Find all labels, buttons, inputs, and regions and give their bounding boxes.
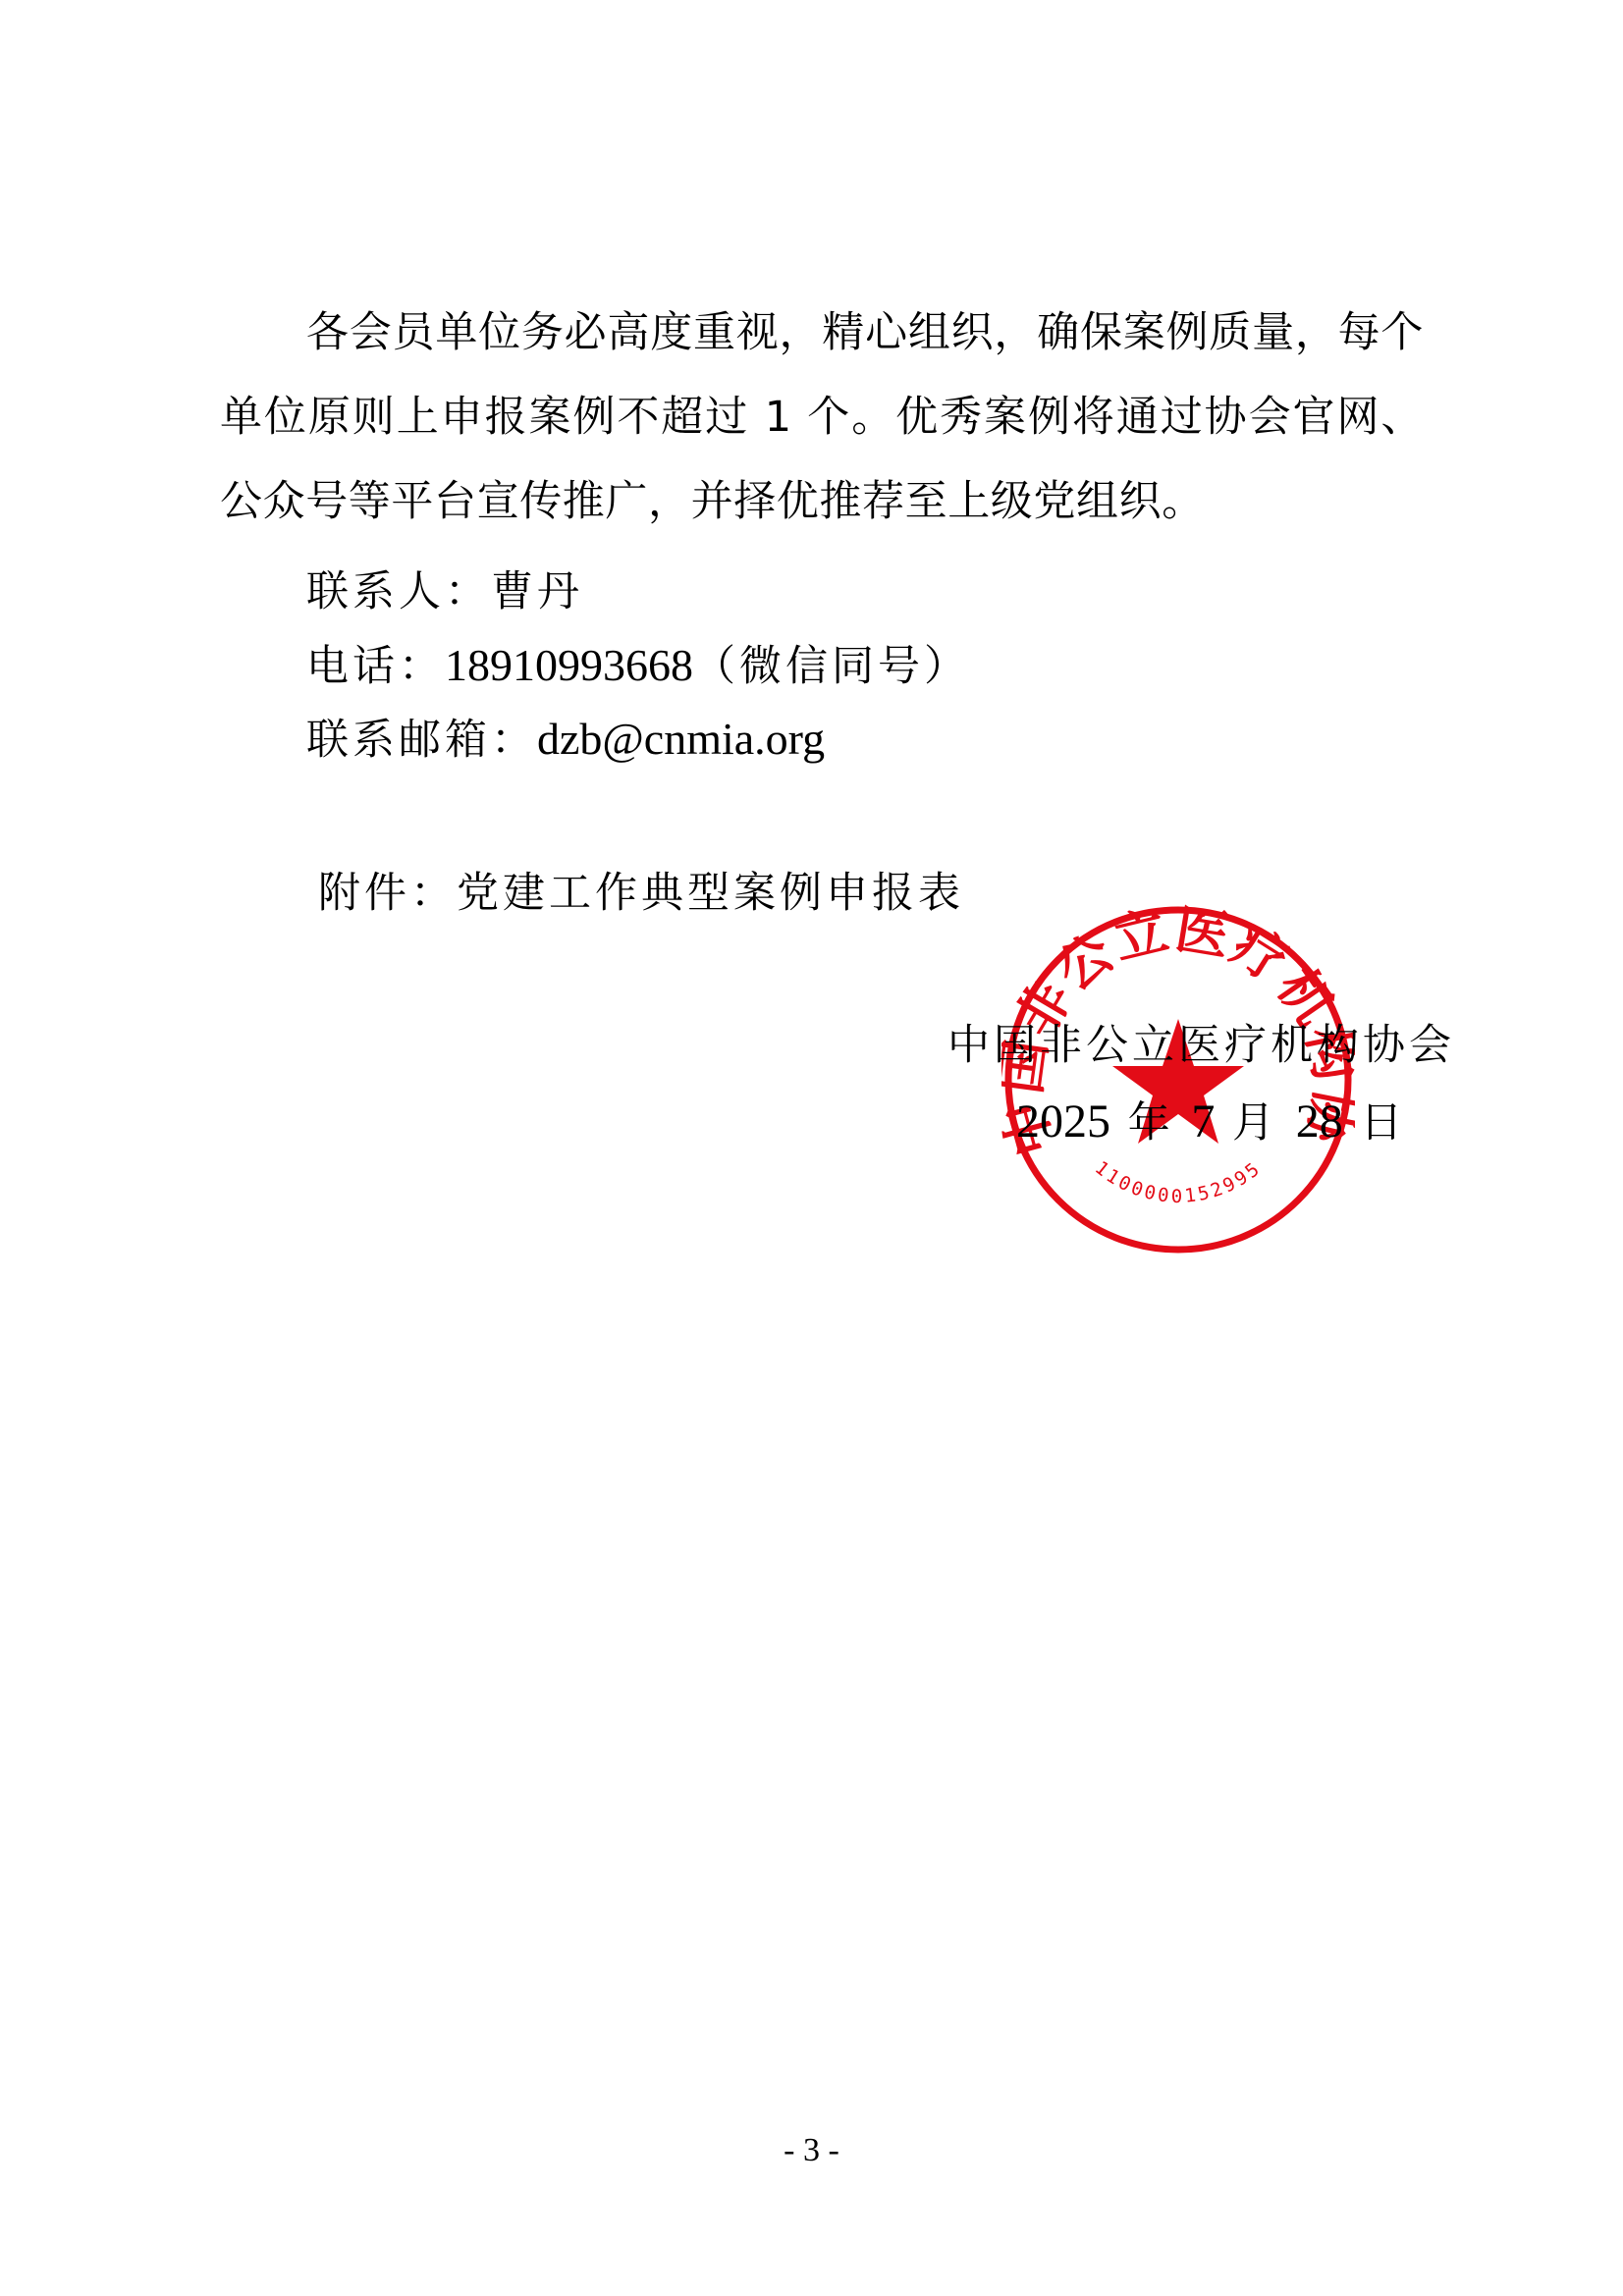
signature-date: 2025 年 7 月 28 日	[1016, 1093, 1406, 1152]
date-day: 28	[1296, 1095, 1343, 1148]
date-month-unit: 月	[1215, 1098, 1295, 1148]
svg-text:1100000152995: 1100000152995	[1091, 1157, 1266, 1207]
signature-organization: 中国非公立医疗机构协会	[947, 1016, 1455, 1075]
seal-code: 1100000152995	[1091, 1157, 1266, 1207]
contact-email-label: 联系邮箱：	[306, 716, 537, 765]
contact-person-value: 曹丹	[491, 567, 583, 616]
contact-phone-note: （微信同号）	[693, 642, 970, 691]
contact-phone: 电话：18910993668（微信同号）	[306, 636, 970, 696]
contact-person-label: 联系人：	[306, 567, 491, 616]
contact-email: 联系邮箱：dzb@cnmia.org	[306, 710, 825, 770]
page-number: - 3 -	[0, 2132, 1623, 2169]
contact-person: 联系人：曹丹	[306, 562, 583, 621]
document-page: 各会员单位务必高度重视，精心组织，确保案例质量，每个单位原则上申报案例不超过 1…	[0, 0, 1623, 2296]
body-paragraph: 各会员单位务必高度重视，精心组织，确保案例质量，每个单位原则上申报案例不超过 1…	[220, 291, 1424, 544]
date-year-unit: 年	[1110, 1098, 1191, 1148]
contact-phone-value: 18910993668	[445, 640, 693, 690]
contact-email-value: dzb@cnmia.org	[537, 714, 825, 764]
date-month: 7	[1191, 1095, 1215, 1148]
contact-phone-label: 电话：	[306, 642, 445, 691]
date-year: 2025	[1016, 1095, 1110, 1148]
official-seal-icon: 中国非公立医疗机构协会 1100000152995	[1001, 903, 1355, 1256]
attachment-label: 附件：	[318, 869, 457, 918]
date-day-unit: 日	[1343, 1098, 1407, 1148]
attachment-value: 党建工作典型案例申报表	[457, 869, 964, 918]
attachment-line: 附件：党建工作典型案例申报表	[318, 864, 964, 923]
